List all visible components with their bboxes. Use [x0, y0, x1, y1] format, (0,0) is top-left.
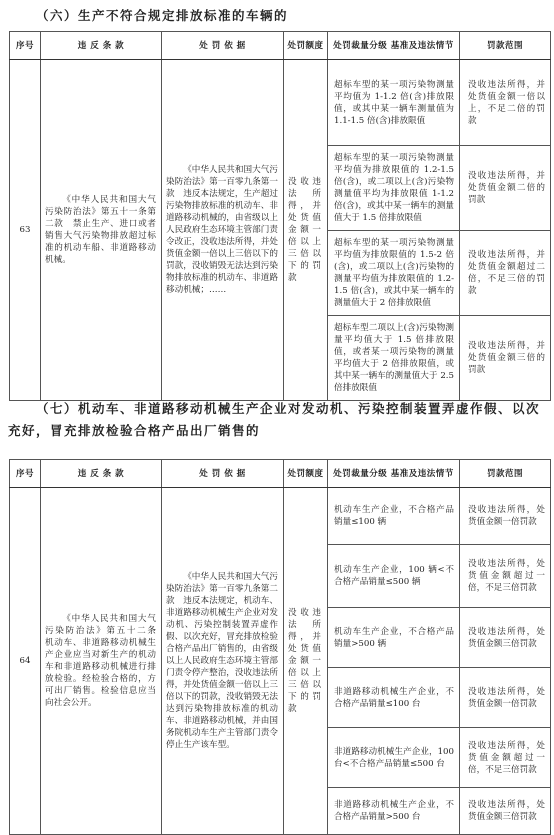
- tier-fine: 没收违法所得，并处货值金额超过二倍，不足三倍的罚款: [460, 231, 551, 316]
- header-tier: 处罚裁量分级 基准及违法情节: [328, 460, 460, 488]
- table-header-row: 序号 违 反 条 款 处 罚 依 据 处罚额度 处罚裁量分级 基准及违法情节 罚…: [10, 32, 551, 60]
- tier-fine: 没收违法所得，并处货值金额二倍的罚款: [460, 146, 551, 231]
- header-fine: 罚款范围: [460, 460, 551, 488]
- header-fine: 罚款范围: [460, 32, 551, 60]
- tier-condition: 超标车型的某一项污染物测量平均值为 1-1.2 倍(含)排放限值，或其中某一辆车…: [328, 60, 460, 146]
- tier-condition: 超标车型的某一项污染物测量平均值为排放限值的 1.2-1.5 倍(含)，或二项以…: [328, 146, 460, 231]
- clause-text: 《中华人民共和国大气污染防治法》第五十一条第二款 禁止生产、进口或者销售大气污染…: [45, 194, 156, 266]
- tier-condition: 机动车生产企业，不合格产品销量>500 辆: [328, 608, 460, 668]
- tier-condition: 非道路移动机械生产企业，100 台<不合格产品销量≤500 台: [328, 728, 460, 788]
- row-clause: 《中华人民共和国大气污染防治法》第五十二条 机动车、非道路移动机械生产企业应当对…: [41, 488, 162, 835]
- basis-text: 《中华人民共和国大气污染防治法》第一百零九条第一款 违反本法规定，生产超过污染物…: [166, 164, 278, 296]
- tier-condition: 非道路移动机械生产企业，不合格产品销量≤100 台: [328, 668, 460, 728]
- header-basis: 处 罚 依 据: [162, 460, 284, 488]
- header-clause: 违 反 条 款: [41, 460, 162, 488]
- tier-fine: 没收违法所得，处货值金额一倍罚款: [460, 668, 551, 728]
- row-seq: 64: [10, 488, 41, 835]
- tier-condition: 超标车型二项以上(含)污染物测量平均值大于 1.5 倍排放限值，或者某一项污染物…: [328, 316, 460, 401]
- section-7-title: （七）机动车、非道路移动机械生产企业对发动机、污染控制装置弄虚作假、以次充好，冒…: [8, 398, 548, 442]
- table-row: 63 《中华人民共和国大气污染防治法》第五十一条第二款 禁止生产、进口或者销售大…: [10, 60, 551, 146]
- header-seq: 序号: [10, 32, 41, 60]
- row-clause: 《中华人民共和国大气污染防治法》第五十一条第二款 禁止生产、进口或者销售大气污染…: [41, 60, 162, 401]
- tier-condition: 机动车生产企业，不合格产品销量≤100 辆: [328, 488, 460, 545]
- header-amount: 处罚额度: [284, 460, 328, 488]
- basis-text: 《中华人民共和国大气污染防治法》第一百零九条第二款 违反本法规定，机动车、非道路…: [166, 571, 278, 751]
- header-basis: 处 罚 依 据: [162, 32, 284, 60]
- row-amount: 没收违法所得，并处货值金额一倍以上三倍以下的罚款: [284, 488, 328, 835]
- header-amount: 处罚额度: [284, 32, 328, 60]
- row-basis: 《中华人民共和国大气污染防治法》第一百零九条第一款 违反本法规定，生产超过污染物…: [162, 60, 284, 401]
- tier-fine: 没收违法所得，处货值金额一倍罚款: [460, 488, 551, 545]
- penalty-table-section-7: 序号 违 反 条 款 处 罚 依 据 处罚额度 处罚裁量分级 基准及违法情节 罚…: [9, 459, 551, 835]
- tier-fine: 没收违法所得，处货值金额超过一倍，不足三倍罚款: [460, 545, 551, 608]
- clause-text: 《中华人民共和国大气污染防治法》第五十二条 机动车、非道路移动机械生产企业应当对…: [45, 613, 156, 709]
- section-6-title: （六）生产不符合规定排放标准的车辆的: [36, 6, 288, 26]
- row-seq: 63: [10, 60, 41, 401]
- tier-fine: 没收违法所得，并处货值金额一倍以上，不足二倍的罚款: [460, 60, 551, 146]
- tier-condition: 非道路移动机械生产企业，不合格产品销量>500 台: [328, 788, 460, 835]
- tier-fine: 没收违法所得，并处货值金额三倍的罚款: [460, 316, 551, 401]
- tier-fine: 没收违法所得，处货值金额三倍罚款: [460, 608, 551, 668]
- header-tier: 处罚裁量分级 基准及违法情节: [328, 32, 460, 60]
- penalty-table-section-6: 序号 违 反 条 款 处 罚 依 据 处罚额度 处罚裁量分级 基准及违法情节 罚…: [9, 31, 551, 401]
- row-basis: 《中华人民共和国大气污染防治法》第一百零九条第二款 违反本法规定，机动车、非道路…: [162, 488, 284, 835]
- row-amount: 没收违法所得，并处货值金额一倍以上三倍以下的罚款: [284, 60, 328, 401]
- tier-condition: 机动车生产企业，100 辆<不合格产品销量≤500 辆: [328, 545, 460, 608]
- header-clause: 违 反 条 款: [41, 32, 162, 60]
- table-header-row: 序号 违 反 条 款 处 罚 依 据 处罚额度 处罚裁量分级 基准及违法情节 罚…: [10, 460, 551, 488]
- tier-fine: 没收违法所得，处货值金额三倍罚款: [460, 788, 551, 835]
- table-row: 64 《中华人民共和国大气污染防治法》第五十二条 机动车、非道路移动机械生产企业…: [10, 488, 551, 545]
- tier-condition: 超标车型的某一项污染物测量平均值为排放限值的 1.5-2 倍(含)，或二项以上(…: [328, 231, 460, 316]
- tier-fine: 没收违法所得，处货值金额超过一倍，不足三倍罚款: [460, 728, 551, 788]
- header-seq: 序号: [10, 460, 41, 488]
